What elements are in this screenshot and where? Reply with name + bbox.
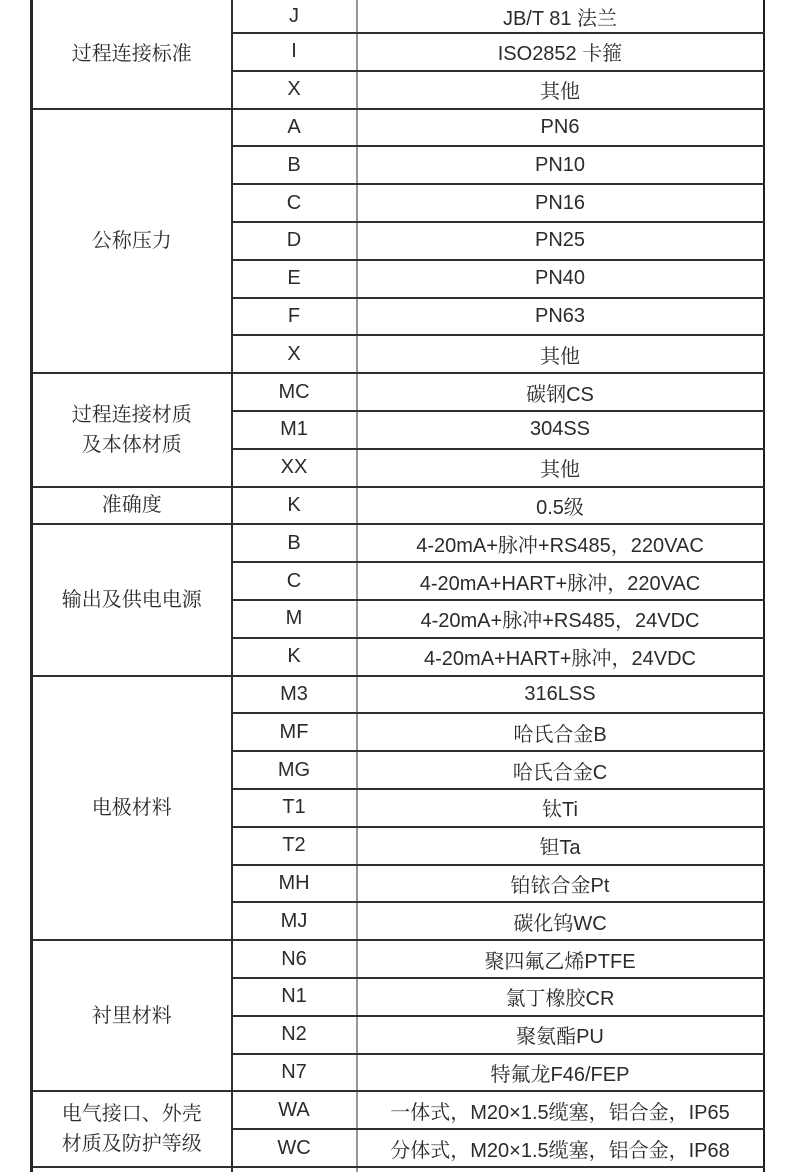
- description-cell: 碳钢CS: [357, 373, 764, 411]
- code-cell: WA: [232, 1091, 357, 1129]
- category-label: 过程连接标准: [72, 43, 192, 65]
- partial-bottom-row: [32, 1167, 764, 1172]
- category-cell: 过程连接标准: [32, 0, 232, 109]
- description-cell: 聚四氟乙烯PTFE: [357, 940, 764, 978]
- category-label: 及本体材质: [82, 434, 182, 456]
- spec-table: 过程连接标准JJB/T 81 法兰IISO2852 卡箍X其他公称压力APN6B…: [30, 0, 765, 1172]
- description-cell: 4-20mA+HART+脉冲，24VDC: [357, 638, 764, 676]
- description-cell: 一体式，M20×1.5缆塞，铝合金，IP65: [357, 1091, 764, 1129]
- table-row: 公称压力APN6: [32, 109, 764, 147]
- code-cell: D: [232, 222, 357, 260]
- code-cell: [232, 1167, 357, 1172]
- code-cell: C: [232, 184, 357, 222]
- code-cell: T1: [232, 789, 357, 827]
- code-cell: N7: [232, 1054, 357, 1092]
- code-cell: J: [232, 0, 357, 33]
- code-cell: MJ: [232, 902, 357, 940]
- category-cell: 准确度: [32, 487, 232, 525]
- category-label: 衬里材料: [92, 1005, 172, 1027]
- description-cell: 哈氏合金B: [357, 713, 764, 751]
- description-cell: 其他: [357, 449, 764, 487]
- code-cell: X: [232, 335, 357, 373]
- description-cell: 4-20mA+脉冲+RS485，24VDC: [357, 600, 764, 638]
- table-row: 过程连接标准JJB/T 81 法兰: [32, 0, 764, 33]
- category-cell: 输出及供电电源: [32, 524, 232, 675]
- description-cell: 其他: [357, 335, 764, 373]
- code-cell: N6: [232, 940, 357, 978]
- description-cell: 铂铱合金Pt: [357, 865, 764, 903]
- code-cell: T2: [232, 827, 357, 865]
- description-cell: 聚氨酯PU: [357, 1016, 764, 1054]
- category-label: 输出及供电电源: [62, 589, 202, 611]
- table-row: 输出及供电电源B4-20mA+脉冲+RS485，220VAC: [32, 524, 764, 562]
- category-cell: [32, 1167, 232, 1172]
- code-cell: I: [232, 33, 357, 71]
- category-label: 材质及防护等级: [62, 1133, 202, 1155]
- description-cell: 哈氏合金C: [357, 751, 764, 789]
- description-cell: 0.5级: [357, 487, 764, 525]
- description-cell: ISO2852 卡箍: [357, 33, 764, 71]
- table-row: 电极材料M3316LSS: [32, 676, 764, 714]
- description-cell: 氯丁橡胶CR: [357, 978, 764, 1016]
- code-cell: C: [232, 562, 357, 600]
- description-cell: 钽Ta: [357, 827, 764, 865]
- category-cell: 电气接口、外壳材质及防护等级: [32, 1091, 232, 1167]
- category-label: 准确度: [102, 494, 162, 516]
- description-cell: JB/T 81 法兰: [357, 0, 764, 33]
- code-cell: E: [232, 260, 357, 298]
- description-cell: 4-20mA+脉冲+RS485，220VAC: [357, 524, 764, 562]
- table-row: 准确度K0.5级: [32, 487, 764, 525]
- description-cell: 碳化钨WC: [357, 902, 764, 940]
- table-row: 衬里材料N6聚四氟乙烯PTFE: [32, 940, 764, 978]
- code-cell: A: [232, 109, 357, 147]
- code-cell: B: [232, 524, 357, 562]
- category-cell: 公称压力: [32, 109, 232, 374]
- code-cell: MG: [232, 751, 357, 789]
- category-label: 公称压力: [92, 230, 172, 252]
- code-cell: K: [232, 487, 357, 525]
- category-label: 电气接口、外壳: [62, 1103, 202, 1125]
- code-cell: N2: [232, 1016, 357, 1054]
- description-cell: PN6: [357, 109, 764, 147]
- code-cell: MH: [232, 865, 357, 903]
- description-cell: 304SS: [357, 411, 764, 449]
- code-cell: M3: [232, 676, 357, 714]
- category-label: 电极材料: [92, 797, 172, 819]
- code-cell: F: [232, 298, 357, 336]
- description-cell: PN16: [357, 184, 764, 222]
- table-row: 电气接口、外壳材质及防护等级WA一体式，M20×1.5缆塞，铝合金，IP65: [32, 1091, 764, 1129]
- description-cell: 4-20mA+HART+脉冲，220VAC: [357, 562, 764, 600]
- code-cell: B: [232, 146, 357, 184]
- code-cell: WC: [232, 1129, 357, 1167]
- code-cell: M: [232, 600, 357, 638]
- description-cell: PN40: [357, 260, 764, 298]
- code-cell: K: [232, 638, 357, 676]
- code-cell: M1: [232, 411, 357, 449]
- description-cell: PN10: [357, 146, 764, 184]
- description-cell: PN63: [357, 298, 764, 336]
- table-row: 过程连接材质及本体材质MC碳钢CS: [32, 373, 764, 411]
- description-cell: 分体式，M20×1.5缆塞，铝合金，IP68: [357, 1129, 764, 1167]
- category-label: 过程连接材质: [72, 404, 192, 426]
- code-cell: MF: [232, 713, 357, 751]
- description-cell: 钛Ti: [357, 789, 764, 827]
- description-cell: [357, 1167, 764, 1172]
- code-cell: N1: [232, 978, 357, 1016]
- code-cell: MC: [232, 373, 357, 411]
- description-cell: 316LSS: [357, 676, 764, 714]
- description-cell: 特氟龙F46/FEP: [357, 1054, 764, 1092]
- description-cell: PN25: [357, 222, 764, 260]
- category-cell: 衬里材料: [32, 940, 232, 1091]
- description-cell: 其他: [357, 71, 764, 109]
- code-cell: XX: [232, 449, 357, 487]
- category-cell: 过程连接材质及本体材质: [32, 373, 232, 486]
- category-cell: 电极材料: [32, 676, 232, 941]
- code-cell: X: [232, 71, 357, 109]
- spec-table-page: 过程连接标准JJB/T 81 法兰IISO2852 卡箍X其他公称压力APN6B…: [0, 0, 790, 1175]
